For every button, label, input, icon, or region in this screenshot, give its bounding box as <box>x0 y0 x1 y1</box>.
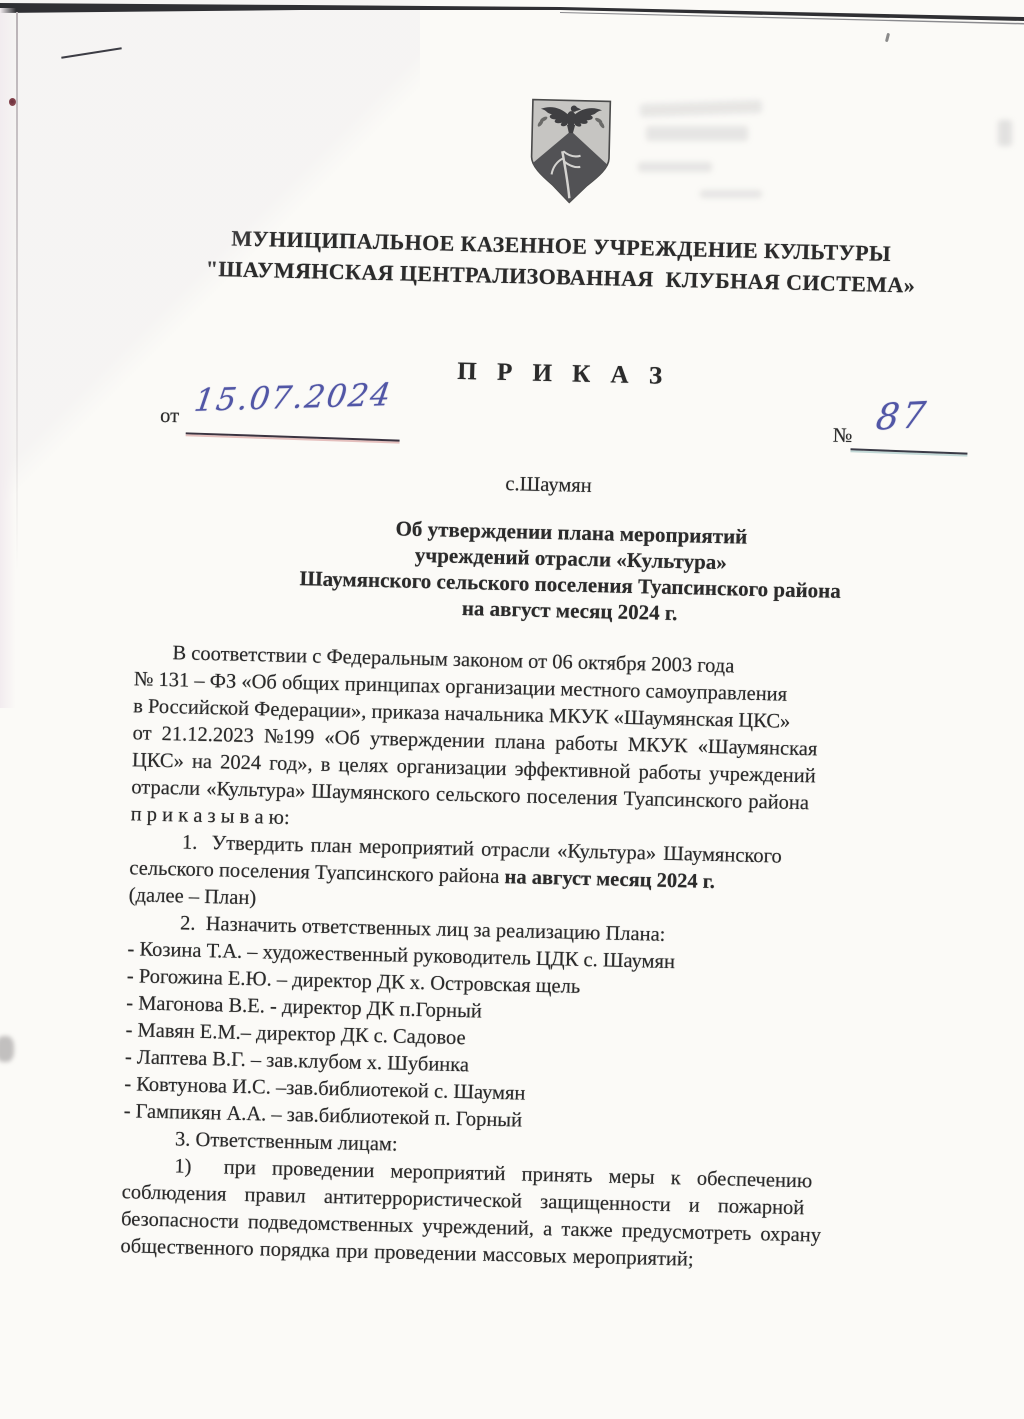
document-content: МУНИЦИПАЛЬНОЕ КАЗЕННОЕ УЧРЕЖДЕНИЕ КУЛЬТУ… <box>0 0 1024 1281</box>
coat-of-arms-icon <box>525 96 616 206</box>
red-ink-dot <box>9 98 16 106</box>
item1-bold-text: на август месяц 2024 г. <box>504 866 715 893</box>
number-underline <box>850 448 967 454</box>
document-title: Об утверждении плана мероприятий учрежде… <box>57 507 1024 635</box>
emblem-container <box>57 85 1024 222</box>
date-prefix-label: от <box>160 405 179 428</box>
bleed-through-mark <box>646 126 748 141</box>
number-prefix-label: № <box>833 425 853 448</box>
organization-name: МУНИЦИПАЛЬНОЕ КАЗЕННОЕ УЧРЕЖДЕНИЕ КУЛЬТУ… <box>48 218 1024 304</box>
edge-smudge <box>0 1036 14 1062</box>
handwritten-number: 87 <box>874 395 931 439</box>
handwritten-date: 15.07.2024 <box>192 377 395 419</box>
paper-left-edge <box>16 12 18 572</box>
bleed-through-mark <box>998 120 1012 146</box>
document-body: В соответствии с Федеральным законом от … <box>120 639 976 1280</box>
date-underline <box>186 432 400 441</box>
bleed-through-mark <box>638 162 712 172</box>
bleed-through-mark <box>700 190 762 198</box>
scan-left-margin <box>0 8 16 708</box>
scanned-document-page: МУНИЦИПАЛЬНОЕ КАЗЕННОЕ УЧРЕЖДЕНИЕ КУЛЬТУ… <box>0 0 1024 1419</box>
